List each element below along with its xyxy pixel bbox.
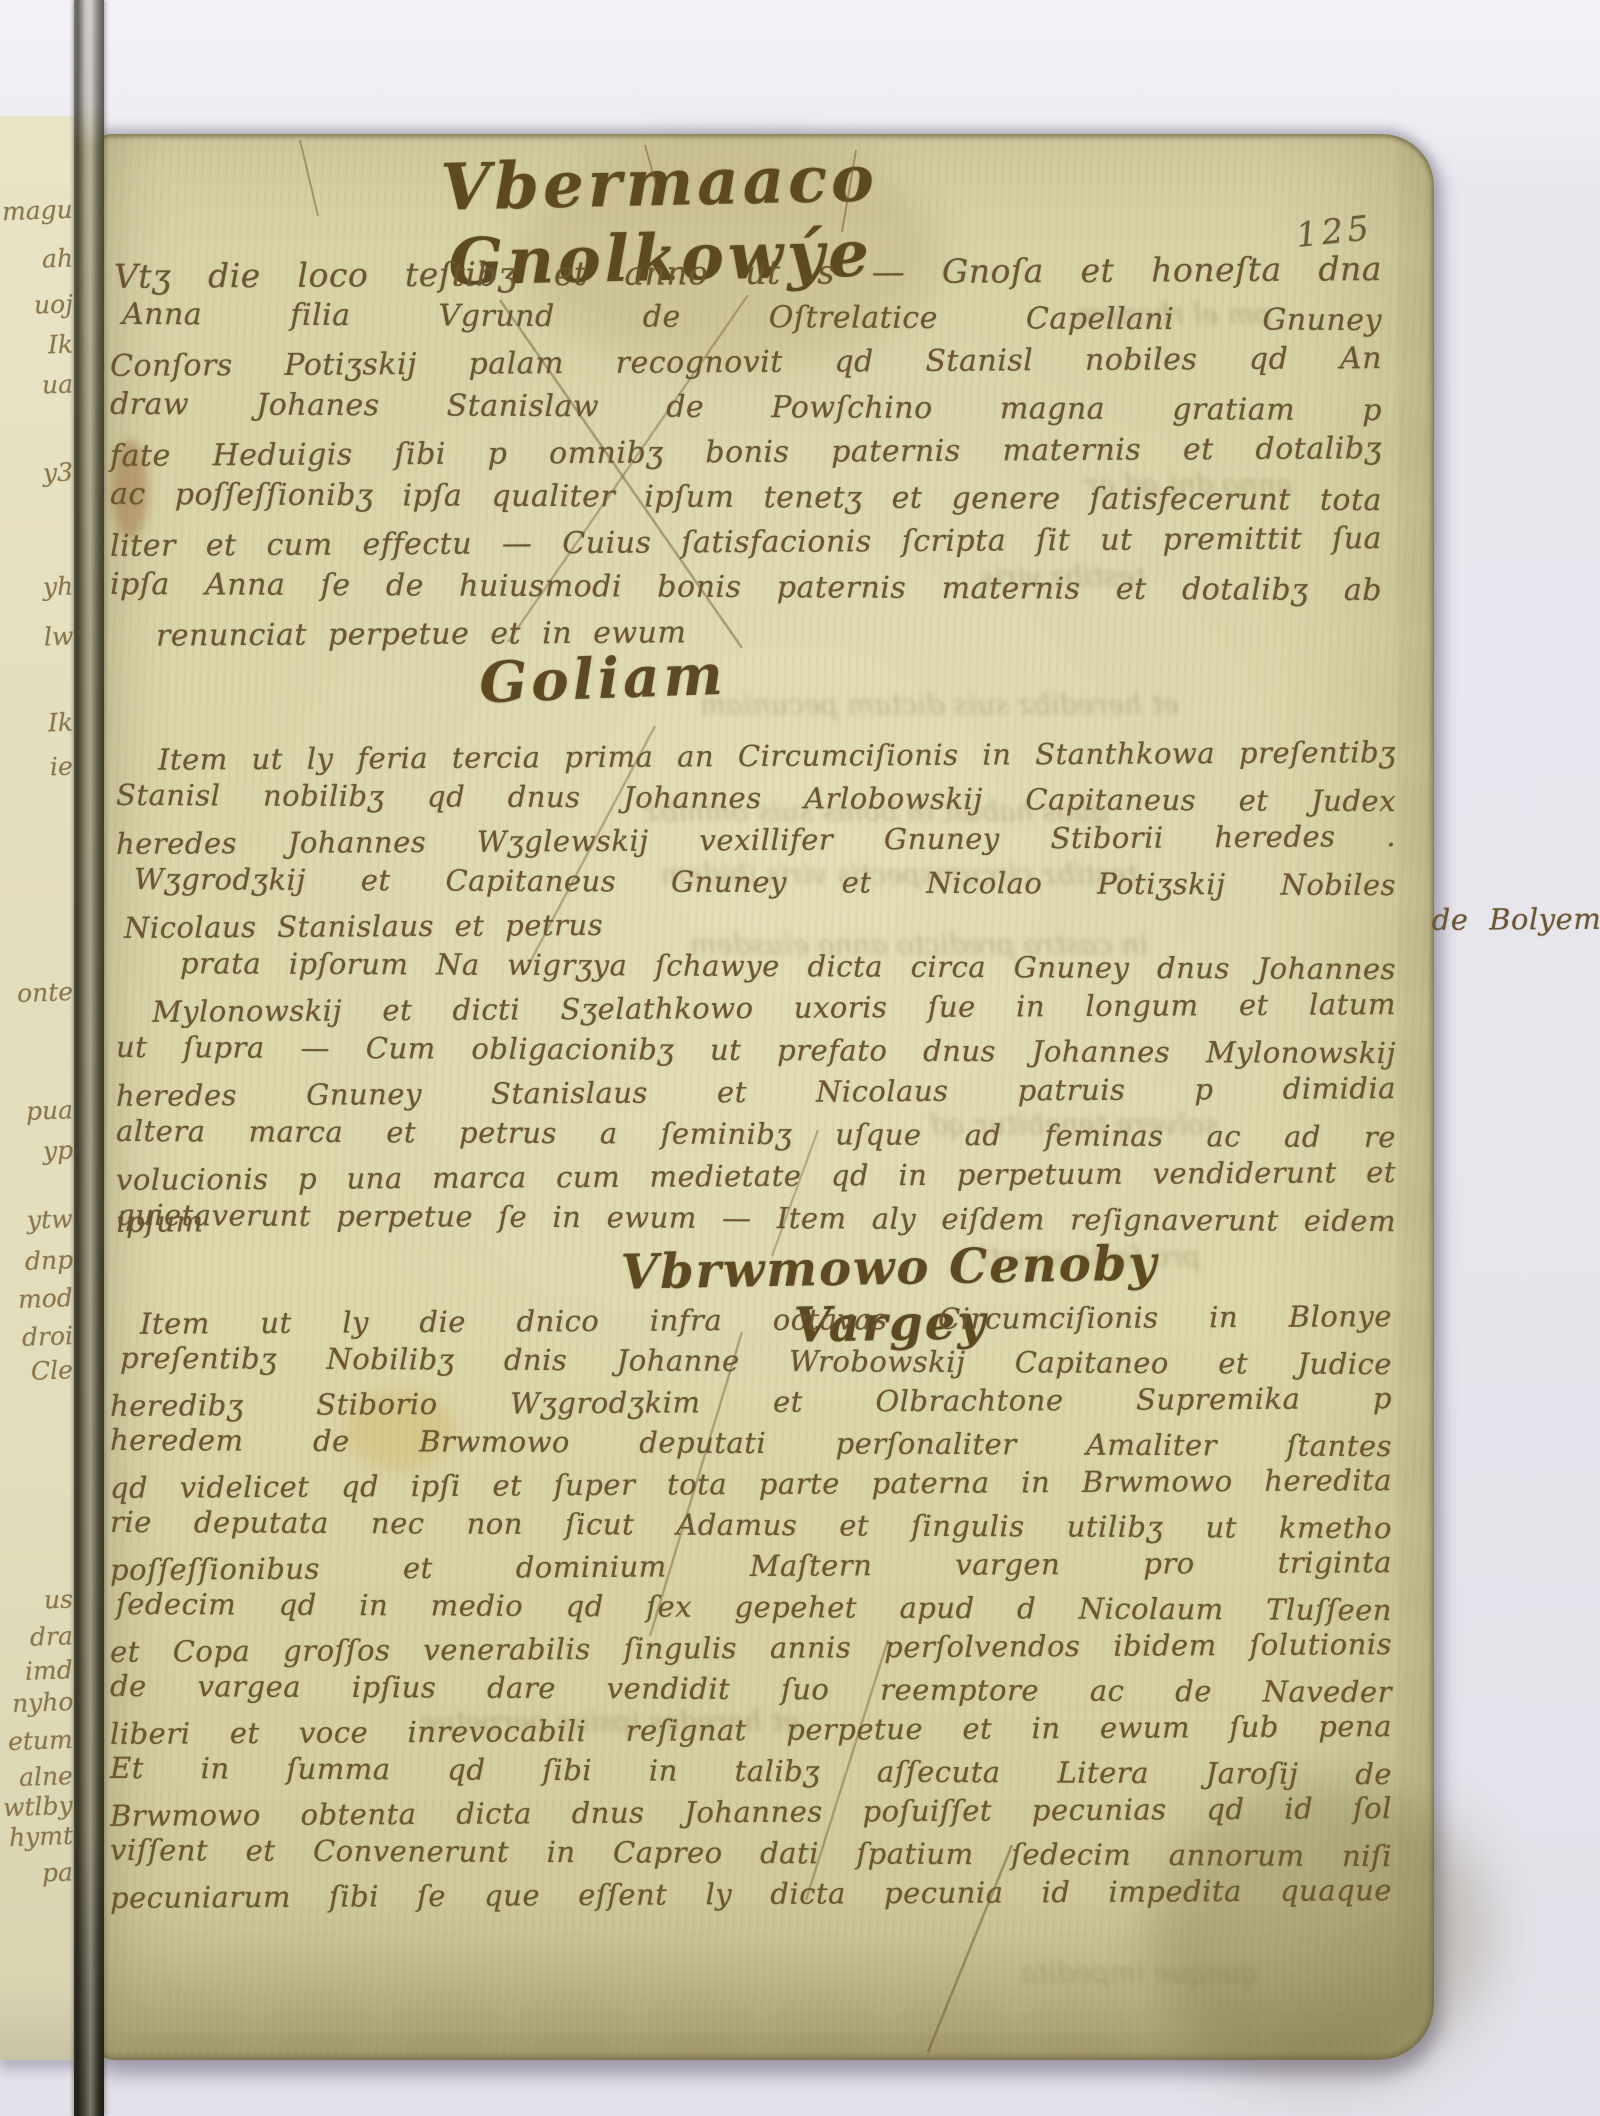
text-line: Wʒgrodʒkij et Capitaneus Gnuney et Nicol… [116,858,1396,906]
marginalia-fragment: etum [8,1725,74,1756]
text-line: heredes Johannes Wʒglewskij vexillifer G… [116,815,1396,865]
text-line: heredem de Brwmowo deputati perſonaliter… [110,1420,1392,1467]
text-line: prata ipſorum Na wigrʒya ſchawye dicta c… [116,942,1396,990]
marginalia-fragment: pua [25,1095,73,1126]
text-line: volucionis p una marca cum medietate qd … [116,1151,1396,1201]
marginalia-fragment: us [44,1585,74,1615]
text-line: altera marca et petrus a ſeminibʒ uſque … [116,1110,1396,1158]
marginalia-fragment: y3 [42,457,73,487]
text-line: viſſent et Convenerunt in Capreo dati ſp… [110,1830,1392,1877]
text-line: ipſa Anna ſe de huiusmodi bonis paternis… [110,562,1382,613]
text-line: heredibʒ Stiborio Wʒgrodʒkim et Olbracht… [110,1378,1392,1427]
marginalia-fragment: droi [21,1321,73,1352]
text-line: Item ut ly die dnico infra octavas Circu… [110,1296,1392,1345]
marginalia-fragment: magu [2,195,74,226]
marginalia-fragment: ah [41,243,73,273]
text-line: ac poſſeſſionibʒ ipſa qualiter ipſum ten… [110,472,1382,523]
text-line: Anna filia Vgrund de Oſtrelatice Capella… [110,292,1382,343]
glass-clamp-strip [74,0,104,2116]
text-line: liter et cum effectu — Cuius ſatisfacion… [110,516,1382,569]
text-line: Item ut ly feria tercia prima an Circumc… [116,731,1396,781]
text-line: heredes Gnuney Stanislaus et Nicolaus pa… [116,1067,1396,1117]
marginalia-fragment: imd [25,1655,74,1686]
marginalia-fragment: nyho [11,1687,73,1718]
marginalia-fragment: lw [43,621,73,651]
marginalia-fragment: dra [30,1621,74,1651]
text-line: rie deputata nec non ſicut Adamus et ſin… [110,1502,1392,1549]
text-line: poſſeſſionibus et dominium Maſtern varge… [110,1542,1392,1591]
text-line: Brwmowo obtenta dicta dnus Johannes poſu… [110,1788,1392,1837]
marginalia-fragment: alne [19,1761,74,1792]
text-line: preſentibʒ Nobilibʒ dnis Johanne Wrobows… [110,1338,1392,1385]
marginalia-fragment: dnp [24,1245,73,1276]
text-line: Stanisl nobilibʒ qd dnus Johannes Arlobo… [116,774,1396,822]
marginalia-fragment: hymt [9,1821,74,1852]
marginalia-column: maguahuojIkuay3yhlwIkieontepuaypytwdnpmo… [0,0,76,2116]
marginalia-fragment: Cle [31,1355,74,1385]
marginalia-fragment: wtlby [3,1791,74,1822]
text-line: renunciat perpetue et in ewum [110,606,1382,659]
section-1-text: Vtʒ die loco teſtibʒ et anno ut s — Gnoſ… [110,250,1382,655]
text-line: Nicolaus Stanislaus et petrus de Bolyemi [116,899,1396,949]
section-3-text: Item ut ly die dnico infra octavas Circu… [110,1300,1392,1915]
manuscript-photo: pm el rbonemanno dni qd artestibz virise… [0,0,1600,2116]
marginalia-fragment: yh [42,571,73,601]
section-heading-2: Goliam [467,641,739,716]
text-line: draw Johanes Stanislaw de Powſchino magn… [110,382,1382,433]
marginalia-fragment: yp [42,1135,73,1165]
text-line: liberi et voce inrevocabili reſignat per… [110,1706,1392,1755]
text-line: et Copa groſſos venerabilis ſingulis ann… [110,1624,1392,1673]
text-line: fate Heduigis ſibi p omnibʒ bonis patern… [110,426,1382,479]
marginalia-fragment: pa [42,1857,74,1887]
text-line: ſedecim qd in medio qd ſex gepehet apud … [110,1584,1392,1631]
marginalia-fragment: ie [50,752,74,782]
text-line: qd videlicet qd ipſi et ſuper tota parte… [110,1460,1392,1509]
marginalia-fragment: mod [18,1283,74,1314]
marginalia-fragment: ytw [27,1204,74,1235]
text-line: pecuniarum ſibi ſe que eſſent ly dicta p… [110,1870,1392,1919]
text-line: Mylonowskij et dicti Sʒelathkowo uxoris … [116,983,1396,1033]
marginalia-fragment: uoj [34,289,74,319]
text-line: Conſors Potiʒskij palam recognovit qd St… [110,336,1382,389]
marginalia-fragment: onte [17,977,74,1008]
text-line: Et in ſumma qd ſibi in talibʒ aſſecuta L… [110,1748,1392,1795]
marginalia-fragment: Ik [47,330,73,360]
text-line: ut ſupra — Cum obligacionibʒ ut prefato … [116,1026,1396,1074]
marginalia-fragment: ua [41,369,73,399]
text-line: Vtʒ die loco teſtibʒ et anno ut s — Gnoſ… [110,246,1382,299]
marginalia-fragment: Ik [47,708,73,738]
text-line: de vargea ipſius dare vendidit ſuo reemp… [110,1666,1392,1713]
section-2-text: Item ut ly feria tercia prima an Circumc… [116,735,1396,1239]
